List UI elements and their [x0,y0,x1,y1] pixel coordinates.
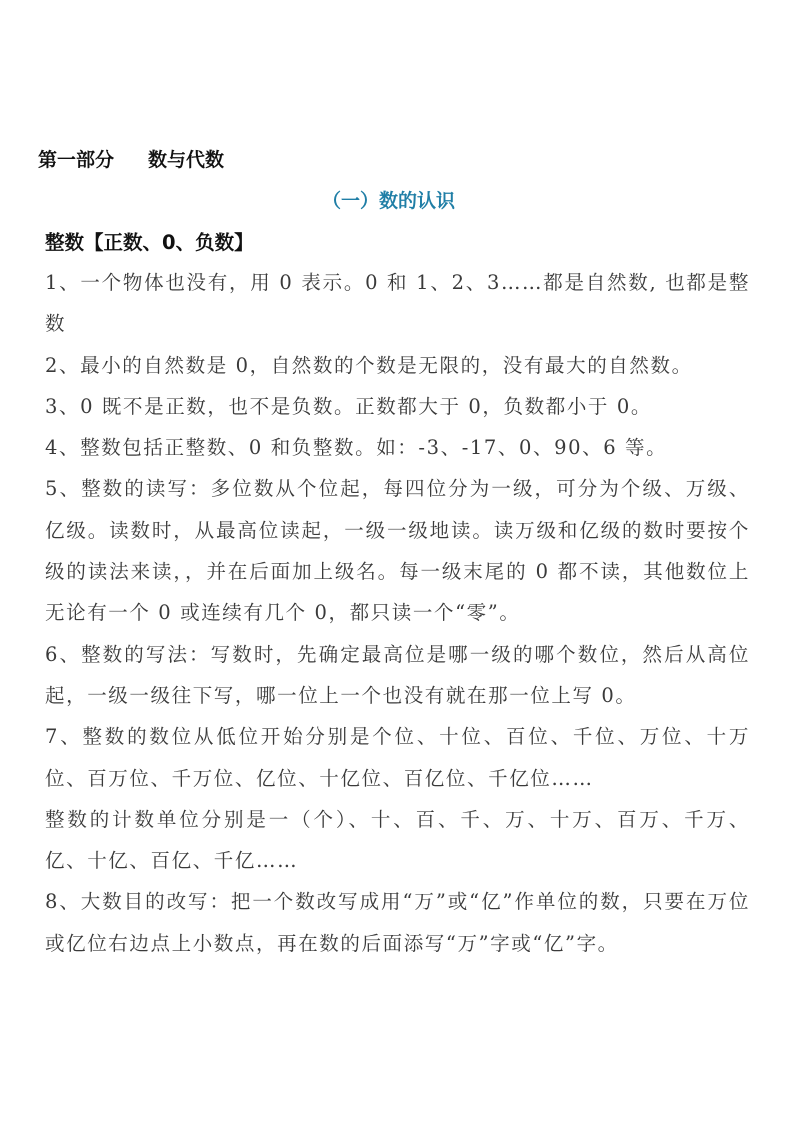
paragraph-3: 3、0 既不是正数，也不是负数。正数都大于 0，负数都小于 0。 [45,386,750,427]
paragraph-7: 7、整数的数位从低位开始分别是个位、十位、百位、千位、万位、十万位、百万位、千万… [45,716,750,799]
paragraph-2: 2、最小的自然数是 0，自然数的个数是无限的，没有最大的自然数。 [45,345,750,386]
paragraph-8: 8、大数目的改写：把一个数改写成用“万”或“亿”作单位的数，只要在万位或亿位右边… [45,881,750,964]
paragraph-5: 5、整数的读写：多位数从个位起，每四位分为一级，可分为个级、万级、亿级。读数时，… [45,468,750,633]
body-text: 1、一个物体也没有，用 0 表示。0 和 1、2、3……都是自然数, 也都是整数… [45,262,750,964]
document-page: 第一部分数与代数 （一）数的认识 整数【正数、0、负数】 1、一个物体也没有，用… [0,0,793,1122]
part-label: 第一部分 [38,149,114,171]
paragraph-7-units: 整数的计数单位分别是一（个）、十、百、千、万、十万、百万、千万、亿、十亿、百亿、… [45,799,750,882]
paragraph-6: 6、整数的写法：写数时，先确定最高位是哪一级的哪个数位，然后从高位起，一级一级往… [45,634,750,717]
paragraph-4: 4、整数包括正整数、0 和负整数。如：-3、-17、0、90、6 等。 [45,427,750,468]
section-title: （一）数的认识 [322,186,455,213]
part-name: 数与代数 [148,149,224,171]
part-title: 第一部分数与代数 [38,145,224,172]
paragraph-1: 1、一个物体也没有，用 0 表示。0 和 1、2、3……都是自然数, 也都是整数 [45,262,750,345]
subsection-title: 整数【正数、0、负数】 [45,227,254,255]
